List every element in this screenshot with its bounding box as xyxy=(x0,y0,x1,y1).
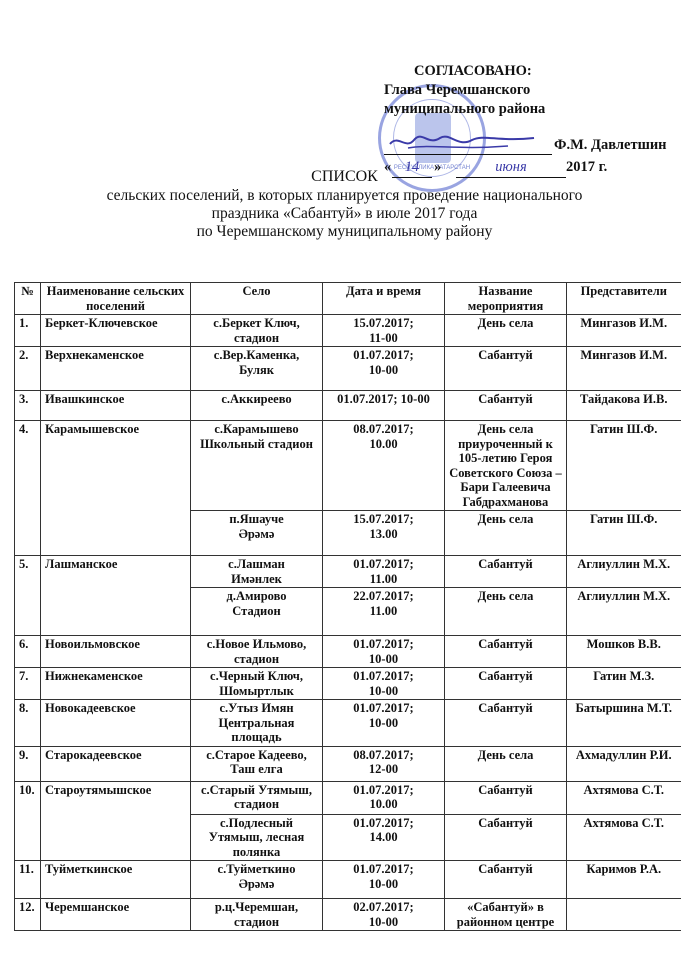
event-datetime: 01.07.2017; 10-00 xyxy=(323,861,445,899)
event-name: День села xyxy=(445,315,567,347)
row-number: 8. xyxy=(15,700,41,747)
signatory-name: Ф.М. Давлетшин xyxy=(554,136,667,155)
sabantuy-schedule-table: № Наименование сельских поселений Село Д… xyxy=(14,282,681,931)
representative-name: Каримов Р.А. xyxy=(567,861,681,899)
representative-name: Гатин М.З. xyxy=(567,668,681,700)
village-name: с.Карамышево Школьный стадион xyxy=(191,421,323,511)
header-num: № xyxy=(15,283,41,315)
row-number: 9. xyxy=(15,746,41,781)
table-row: 5.Лашманскоес.Лашман Имәнлек01.07.2017; … xyxy=(15,556,681,588)
event-datetime: 08.07.2017; 10.00 xyxy=(323,421,445,511)
settlement-name: Новоильмовское xyxy=(41,636,191,668)
table-row: 8.Новокадеевскоес.Утыз Имян Центральная … xyxy=(15,700,681,747)
settlement-name: Новокадеевское xyxy=(41,700,191,747)
table-row: 7.Нижнекаменскоес.Черный Ключ, Шомыртлык… xyxy=(15,668,681,700)
row-number: 11. xyxy=(15,861,41,899)
settlement-name: Беркет-Ключевское xyxy=(41,315,191,347)
event-datetime: 08.07.2017; 12-00 xyxy=(323,746,445,781)
row-number: 4. xyxy=(15,421,41,556)
village-name: с.Утыз Имян Центральная площадь xyxy=(191,700,323,747)
row-number: 6. xyxy=(15,636,41,668)
event-datetime: 01.07.2017; 10-00 xyxy=(323,347,445,391)
representative-name: Тайдакова И.В. xyxy=(567,391,681,421)
event-datetime: 01.07.2017; 10-00 xyxy=(323,391,445,421)
heading-line3: по Черемшанскому муниципальному району xyxy=(0,223,689,241)
event-datetime: 01.07.2017; 10-00 xyxy=(323,636,445,668)
event-datetime: 02.07.2017; 10-00 xyxy=(323,899,445,931)
representative-name xyxy=(567,899,681,931)
settlement-name: Туйметкинское xyxy=(41,861,191,899)
event-name: День села приуроченный к 105-летию Героя… xyxy=(445,421,567,511)
representative-name: Аглиуллин М.Х. xyxy=(567,556,681,588)
event-name: Сабантуй xyxy=(445,781,567,814)
village-name: с.Аккиреево xyxy=(191,391,323,421)
table-row: 1.Беркет-Ключевскоес.Беркет Ключ, стадио… xyxy=(15,315,681,347)
table-row: 12.Черемшанскоер.ц.Черемшан, стадион02.0… xyxy=(15,899,681,931)
event-name: Сабантуй xyxy=(445,636,567,668)
representative-name: Гатин Ш.Ф. xyxy=(567,511,681,556)
header-representative: Представители xyxy=(567,283,681,315)
representative-name: Ахтямова С.Т. xyxy=(567,781,681,814)
settlement-name: Черемшанское xyxy=(41,899,191,931)
table-row: 6.Новоильмовскоес.Новое Ильмово, стадион… xyxy=(15,636,681,668)
village-name: с.Вер.Каменка, Буляк xyxy=(191,347,323,391)
settlement-name: Карамышевское xyxy=(41,421,191,556)
table-row: 11.Туйметкинскоес.Туйметкино Әрәмә01.07.… xyxy=(15,861,681,899)
event-name: День села xyxy=(445,511,567,556)
settlement-name: Лашманское xyxy=(41,556,191,636)
header-settlement: Наименование сельских поселений xyxy=(41,283,191,315)
event-name: Сабантуй xyxy=(445,814,567,861)
event-name: Сабантуй xyxy=(445,391,567,421)
event-name: Сабантуй xyxy=(445,668,567,700)
emblem-icon xyxy=(415,113,451,163)
representative-name: Гатин Ш.Ф. xyxy=(567,421,681,511)
village-name: с.Старое Кадеево, Таш елга xyxy=(191,746,323,781)
signature-underline xyxy=(384,154,552,155)
approval-position-line1: Глава Черемшанского xyxy=(384,81,684,100)
table-row: 3.Ивашкинскоес.Аккиреево01.07.2017; 10-0… xyxy=(15,391,681,421)
event-datetime: 15.07.2017; 13.00 xyxy=(323,511,445,556)
heading-line2: праздника «Сабантуй» в июле 2017 года xyxy=(0,205,689,223)
row-number: 12. xyxy=(15,899,41,931)
event-name: Сабантуй xyxy=(445,347,567,391)
settlement-name: Верхнекаменское xyxy=(41,347,191,391)
village-name: с.Старый Утямыш, стадион xyxy=(191,781,323,814)
representative-name: Аглиуллин М.Х. xyxy=(567,588,681,636)
row-number: 5. xyxy=(15,556,41,636)
row-number: 3. xyxy=(15,391,41,421)
heading-line1: сельских поселений, в которых планируетс… xyxy=(0,187,689,205)
header-datetime: Дата и время xyxy=(323,283,445,315)
header-event: Название мероприятия xyxy=(445,283,567,315)
village-name: п.Яшауче Әрәмә xyxy=(191,511,323,556)
village-name: с.Лашман Имәнлек xyxy=(191,556,323,588)
approval-title: СОГЛАСОВАНО: xyxy=(414,62,684,81)
event-datetime: 01.07.2017; 10-00 xyxy=(323,668,445,700)
village-name: д.Амирово Стадион xyxy=(191,588,323,636)
event-datetime: 15.07.2017; 11-00 xyxy=(323,315,445,347)
table-row: 9.Старокадеевскоес.Старое Кадеево, Таш е… xyxy=(15,746,681,781)
village-name: с.Беркет Ключ, стадион xyxy=(191,315,323,347)
village-name: с.Подлесный Утямыш, лесная полянка xyxy=(191,814,323,861)
table-header-row: № Наименование сельских поселений Село Д… xyxy=(15,283,681,315)
row-number: 2. xyxy=(15,347,41,391)
settlement-name: Ивашкинское xyxy=(41,391,191,421)
event-datetime: 22.07.2017; 11.00 xyxy=(323,588,445,636)
settlement-name: Нижнекаменское xyxy=(41,668,191,700)
representative-name: Батыршина М.Т. xyxy=(567,700,681,747)
document-title: СПИСОК xyxy=(0,168,689,186)
representative-name: Мингазов И.М. xyxy=(567,315,681,347)
table-row: 4.Карамышевскоес.Карамышево Школьный ста… xyxy=(15,421,681,511)
event-name: Сабантуй xyxy=(445,700,567,747)
row-number: 10. xyxy=(15,781,41,861)
event-name: День села xyxy=(445,746,567,781)
event-datetime: 01.07.2017; 11.00 xyxy=(323,556,445,588)
village-name: р.ц.Черемшан, стадион xyxy=(191,899,323,931)
settlement-name: Староутямышское xyxy=(41,781,191,861)
village-name: с.Туйметкино Әрәмә xyxy=(191,861,323,899)
representative-name: Ахтямова С.Т. xyxy=(567,814,681,861)
approval-position-line2: муниципального района xyxy=(384,100,684,119)
table-row: 2.Верхнекаменскоес.Вер.Каменка, Буляк01.… xyxy=(15,347,681,391)
event-name: Сабантуй xyxy=(445,861,567,899)
event-name: День села xyxy=(445,588,567,636)
row-number: 7. xyxy=(15,668,41,700)
event-name: Сабантуй xyxy=(445,556,567,588)
event-name: «Сабантуй» в районном центре xyxy=(445,899,567,931)
representative-name: Ахмадуллин Р.И. xyxy=(567,746,681,781)
event-datetime: 01.07.2017; 10.00 xyxy=(323,781,445,814)
village-name: с.Новое Ильмово, стадион xyxy=(191,636,323,668)
table-row: 10.Староутямышскоес.Старый Утямыш, стади… xyxy=(15,781,681,814)
document-heading: СПИСОК сельских поселений, в которых пла… xyxy=(0,168,689,241)
header-village: Село xyxy=(191,283,323,315)
representative-name: Мошков В.В. xyxy=(567,636,681,668)
event-datetime: 01.07.2017; 14.00 xyxy=(323,814,445,861)
settlement-name: Старокадеевское xyxy=(41,746,191,781)
village-name: с.Черный Ключ, Шомыртлык xyxy=(191,668,323,700)
approval-block: СОГЛАСОВАНО: Глава Черемшанского муницип… xyxy=(384,62,684,119)
event-datetime: 01.07.2017; 10-00 xyxy=(323,700,445,747)
representative-name: Мингазов И.М. xyxy=(567,347,681,391)
row-number: 1. xyxy=(15,315,41,347)
